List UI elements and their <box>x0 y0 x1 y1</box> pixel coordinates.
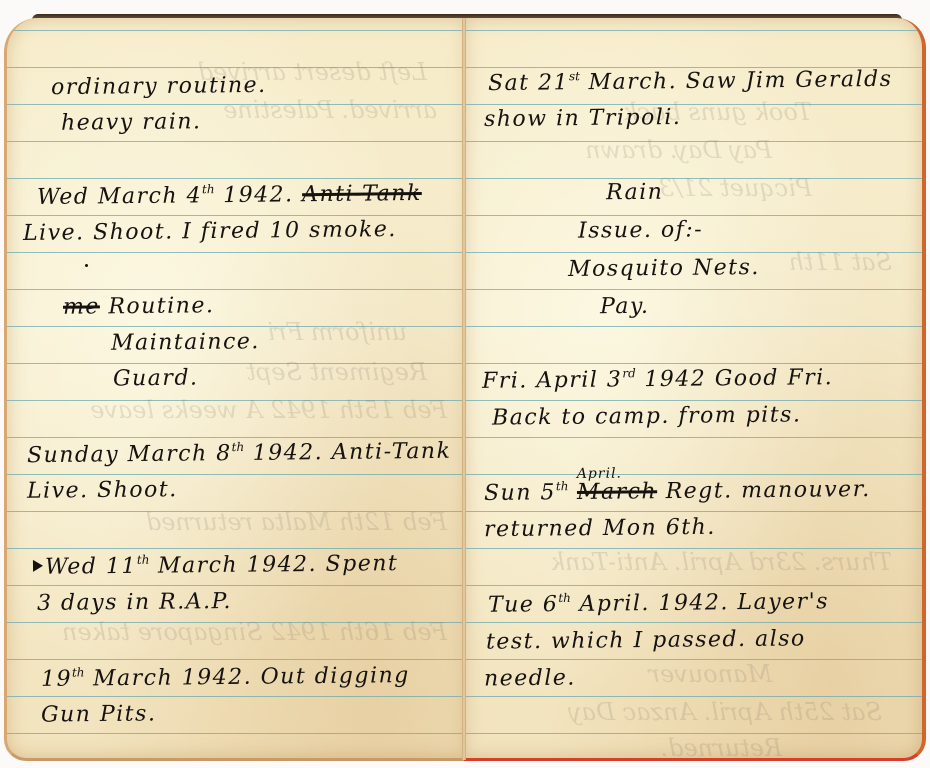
diary-book: Left desert arrived arrived. Palestine u… <box>2 14 926 760</box>
struck-text: March <box>577 479 657 505</box>
entry-date: Sun 5th April. March Regt. manouver. <box>484 476 871 506</box>
inserted-text: April. <box>577 466 622 482</box>
entry-text: heavy rain. <box>61 109 202 135</box>
entry-date: Fri. April 3rd 1942 Good Fri. <box>482 364 833 394</box>
ink-dot <box>85 264 88 267</box>
entry-text: me Routine. <box>63 293 215 320</box>
struck-text: me <box>63 294 100 319</box>
entry-date: 19th March 1942. Out digging <box>41 662 410 692</box>
entry-text: ordinary routine. <box>51 73 267 100</box>
right-page: Took guns back Pay Day. drawn Picquet 21… <box>464 18 926 761</box>
entry-text: Issue. of:- <box>578 217 703 243</box>
entry-text: 3 days in R.A.P. <box>37 589 232 616</box>
entry-text: Back to camp. from pits. <box>492 402 802 430</box>
entry-date: Wed March 4th 1942. Anti-Tank <box>37 180 422 210</box>
struck-text: Anti-Tank <box>302 181 422 207</box>
entry-text: show in Tripoli. <box>484 105 682 132</box>
book-spine <box>462 18 466 760</box>
left-page: Left desert arrived arrived. Palestine u… <box>4 18 467 761</box>
entry-text: Guard. <box>113 366 199 392</box>
entry-date: Sunday March 8th 1942. Anti-Tank <box>27 438 452 468</box>
entry-text: Pay. <box>600 294 650 320</box>
entry-text: Rain <box>606 180 664 206</box>
entry-text: Maintaince. <box>111 329 260 356</box>
entry-text: Live. Shoot. <box>27 477 178 504</box>
entry-text: Mosquito Nets. <box>568 255 760 282</box>
entry-text: test. which I passed. also <box>486 626 806 654</box>
entry-text: needle. <box>484 666 576 692</box>
entry-date: Tue 6th April. 1942. Layer's <box>488 588 829 618</box>
entry-date: Wed 11th March 1942. Spent <box>33 550 399 580</box>
entry-date: Sat 21st March. Saw Jim Geralds <box>488 66 893 96</box>
arrow-marker-icon <box>33 560 43 572</box>
entry-text: Gun Pits. <box>41 701 157 727</box>
entry-text: Live. Shoot. I fired 10 smoke. <box>23 217 397 246</box>
entry-text: returned Mon 6th. <box>484 515 716 542</box>
